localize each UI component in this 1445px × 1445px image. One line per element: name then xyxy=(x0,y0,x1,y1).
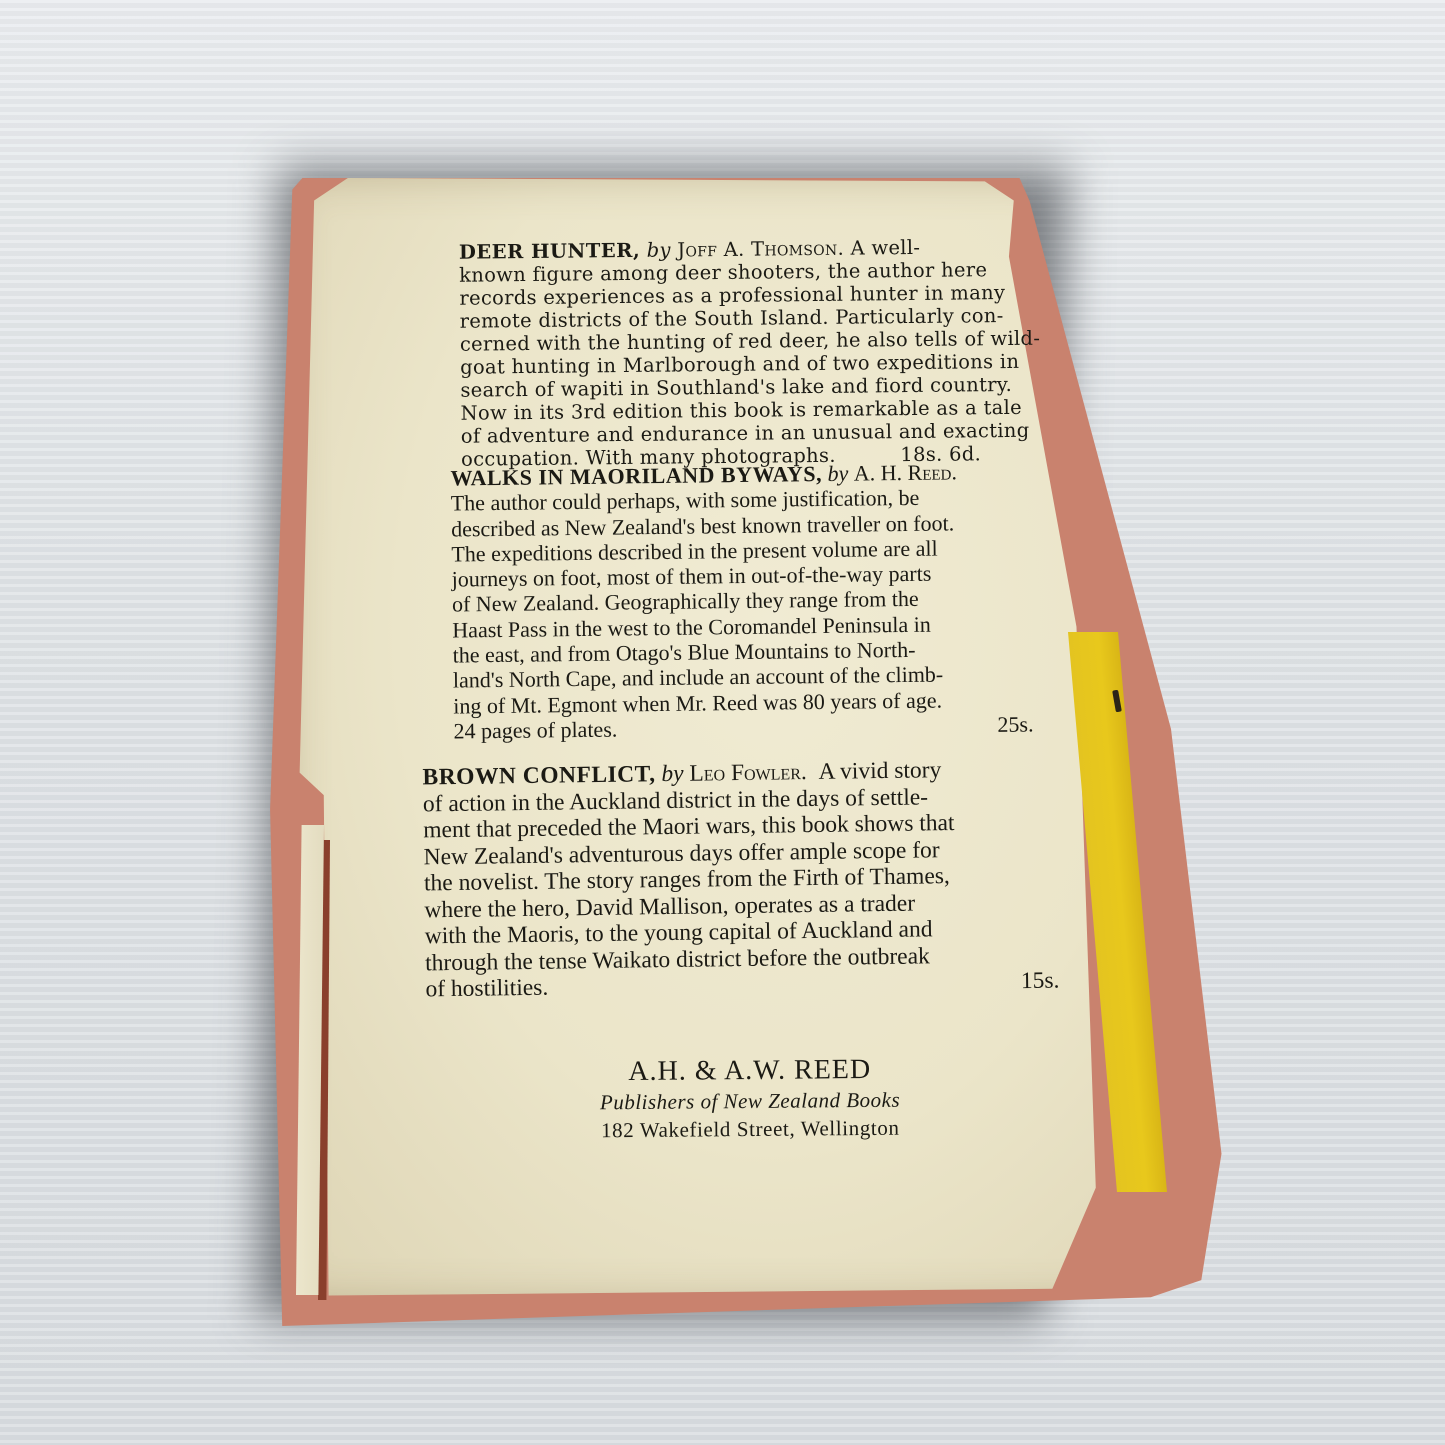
book-author: A. H. Reed. xyxy=(854,459,957,485)
publisher-name: A.H. & A.W. REED xyxy=(545,1053,955,1089)
publisher-tagline: Publishers of New Zealand Books xyxy=(545,1085,955,1117)
book-author: Leo Fowler. xyxy=(689,759,807,787)
book-title: DEER HUNTER, xyxy=(459,239,640,264)
blurb-deer-hunter: DEER HUNTER, by Joff A. Thomson. A well-… xyxy=(459,235,981,470)
blurb-line: A well- xyxy=(850,236,920,260)
book-author: Joff A. Thomson. xyxy=(677,237,844,262)
by-label: by xyxy=(827,461,848,486)
blurb-line: A vivid story xyxy=(818,757,941,785)
publisher-address: 182 Wakefield Street, Wellington xyxy=(545,1113,955,1145)
book-price: 25s. xyxy=(997,711,1033,737)
book-title: BROWN CONFLICT, xyxy=(422,761,655,790)
by-label: by xyxy=(647,239,671,262)
blurb-line: 24 pages of plates. xyxy=(453,717,617,744)
blurb-walks-in-maoriland-byways: WALKS IN MAORILAND BYWAYS, by A. H. Reed… xyxy=(450,458,1033,743)
publisher-imprint: A.H. & A.W. REED Publishers of New Zeala… xyxy=(545,1053,956,1145)
blurb-brown-conflict: BROWN CONFLICT, by Leo Fowler. A vivid s… xyxy=(422,756,1059,1003)
by-label: by xyxy=(661,761,684,787)
back-cover-text: DEER HUNTER, by Joff A. Thomson. A well-… xyxy=(0,0,1445,1445)
blurb-line: of hostilities. xyxy=(425,975,548,1003)
book-price: 15s. xyxy=(1021,968,1060,995)
